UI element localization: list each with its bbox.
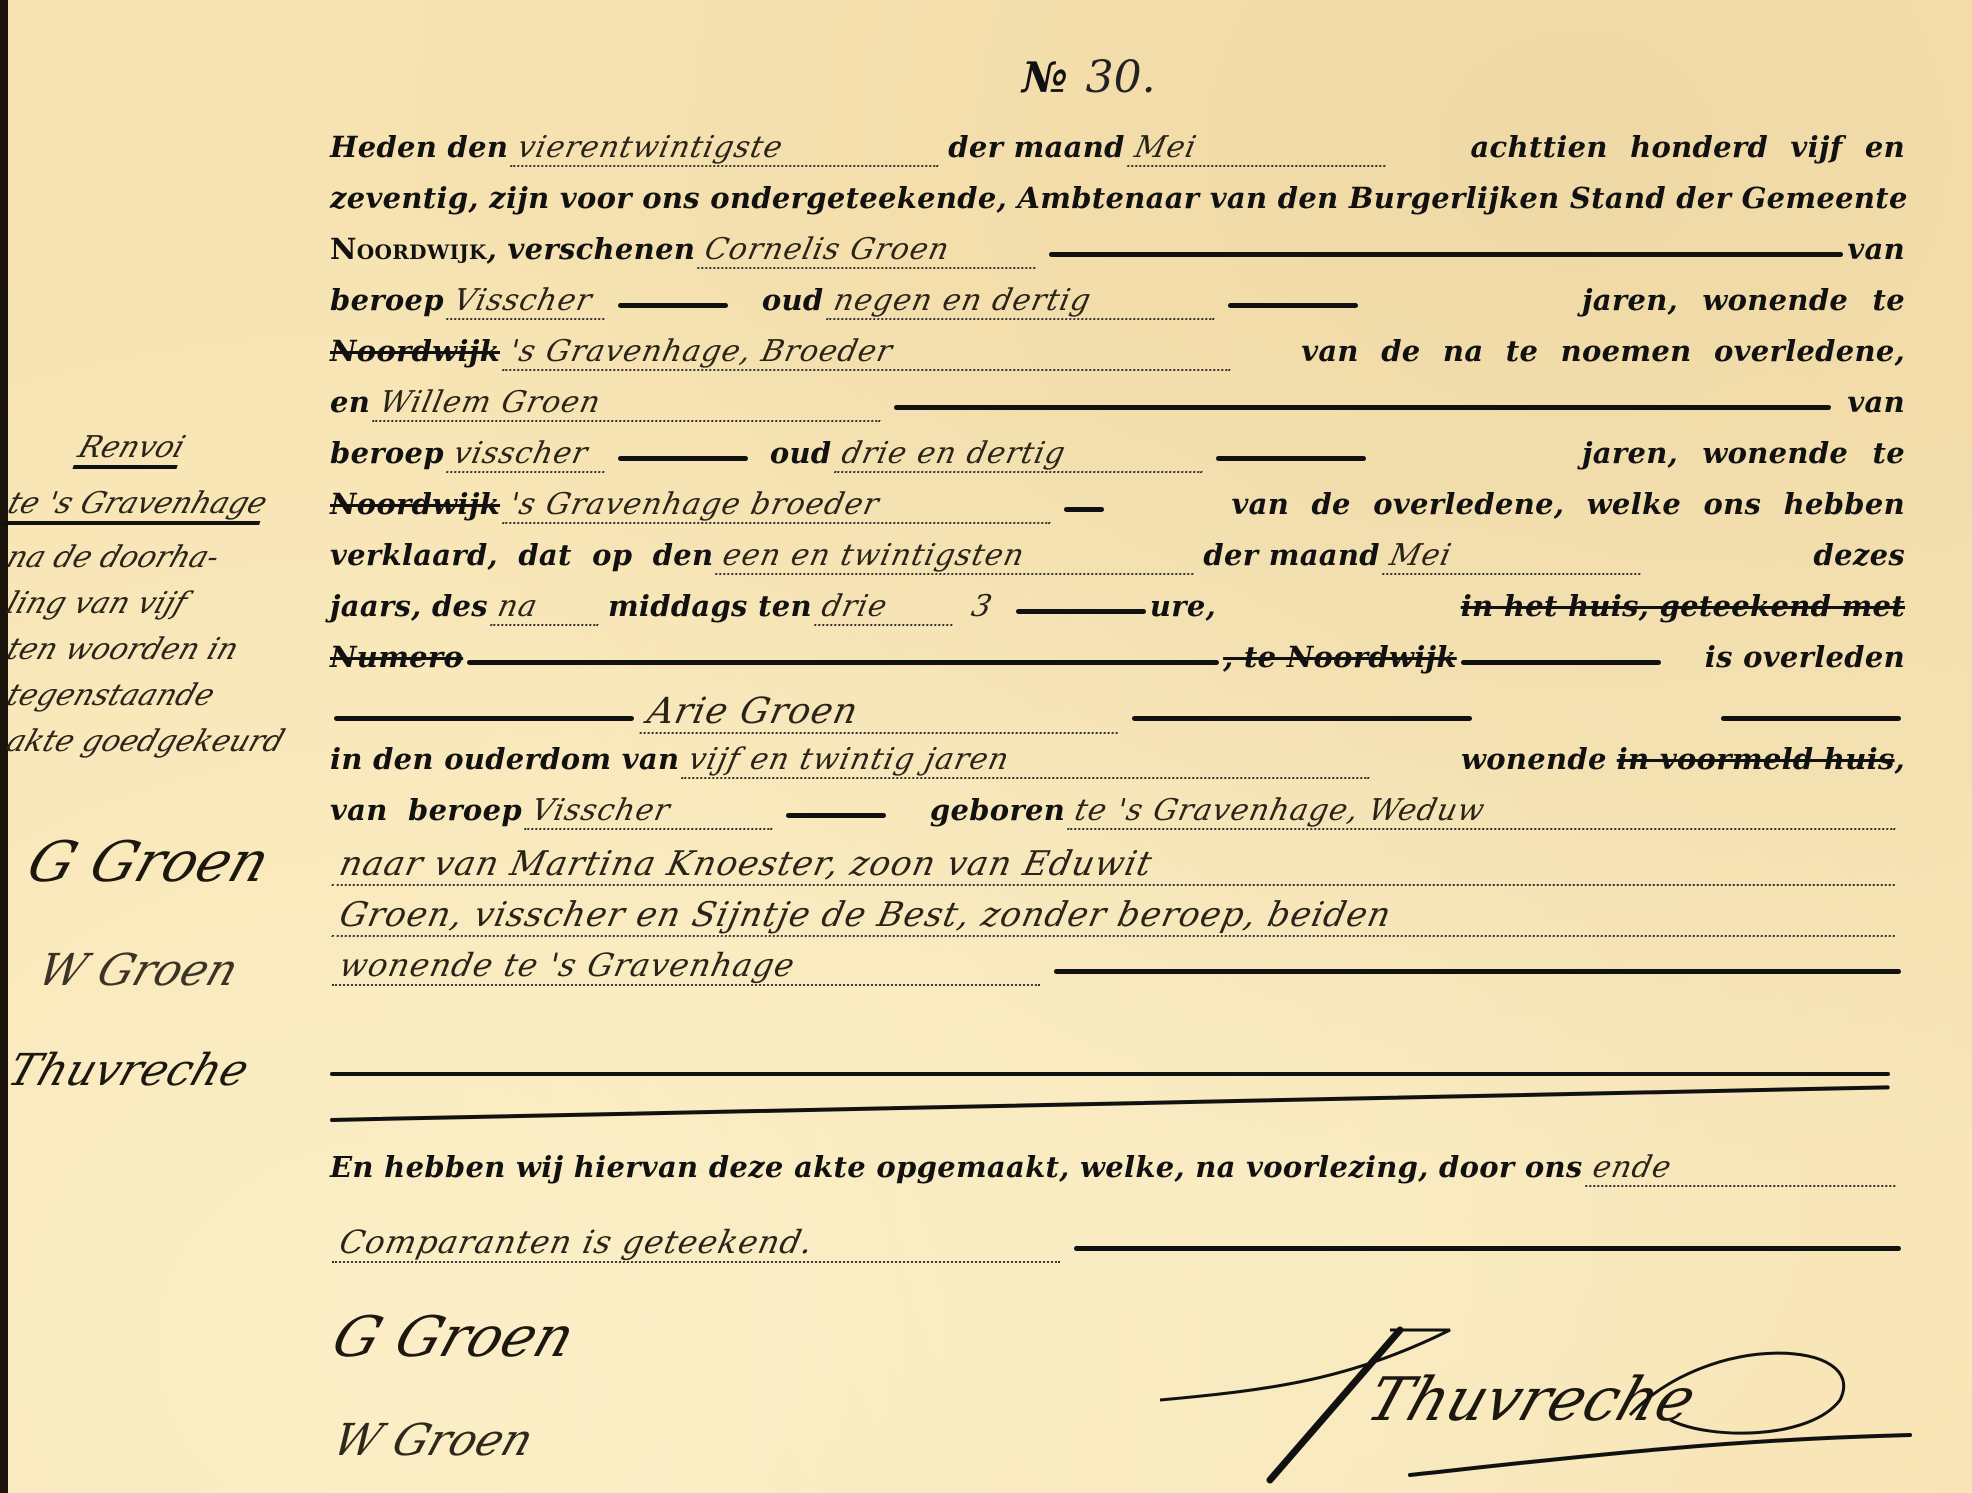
printed-text: , verschenen — [487, 232, 696, 266]
deceased-name-field: Arie Groen — [639, 691, 1126, 734]
death-hour-field: drie — [814, 589, 960, 626]
printed-text: jaars, des — [330, 589, 488, 623]
declarant1-residence-field: 's Gravenhage, Broeder — [502, 334, 1238, 371]
printed-text: beroep — [330, 436, 444, 470]
printed-text: beroep — [330, 283, 444, 317]
fill-dash — [1064, 507, 1104, 512]
fill-dash — [1054, 969, 1901, 974]
printed-text: ure, — [1150, 589, 1216, 623]
struck-printed-text: Noordwijk — [330, 487, 500, 521]
form-line-12: Arie Groen — [330, 691, 1905, 742]
printed-text: middags ten — [608, 589, 812, 623]
struck-printed-text: in voormeld huis — [1617, 742, 1895, 776]
fill-dash — [1228, 303, 1358, 308]
struck-printed-text: in het huis, geteekend met — [1461, 589, 1905, 623]
signature-statement-field: Comparanten is geteekend. — [332, 1223, 1069, 1263]
death-month-field: Mei — [1382, 538, 1648, 575]
fill-dash — [1074, 1246, 1901, 1251]
form-line-17: wonende te 's Gravenhage — [330, 946, 1905, 997]
fill-dash — [1461, 660, 1661, 665]
closing-line-2: Comparanten is geteekend. — [330, 1223, 1905, 1274]
fill-dash — [1016, 609, 1146, 614]
struck-printed-text: , te Noordwijk — [1223, 640, 1457, 674]
record-number: №30. — [1022, 52, 1156, 103]
form-line-7: beroep visscher oud drie en dertig jaren… — [330, 436, 1905, 487]
form-line-11: Numero , te Noordwijk is overleden — [330, 640, 1905, 691]
printed-text: wonende — [1461, 742, 1607, 776]
printed-text: achttien honderd vijf en — [1470, 130, 1905, 164]
declarant1-name-field: Cornelis Groen — [697, 232, 1043, 269]
form-line-8: Noordwijk 's Gravenhage broeder van de o… — [330, 487, 1905, 538]
margin-line: na de doorha- — [0, 540, 333, 586]
fill-dash — [786, 813, 886, 818]
declarant2-occupation-field: visscher — [446, 436, 612, 473]
form-line-4: beroep Visscher oud negen en dertig jare… — [330, 283, 1905, 334]
fill-dash — [894, 405, 1831, 410]
printed-text: , — [1895, 742, 1905, 776]
fill-dash — [467, 660, 1219, 665]
printed-text: der maand — [948, 130, 1124, 164]
fill-dash — [334, 716, 634, 721]
printed-text: zeventig, zijn voor ons ondergeteekende,… — [330, 181, 1908, 215]
margin-line: tegenstaande — [0, 678, 333, 724]
margin-line: akte goedgekeurd — [0, 724, 333, 770]
printed-text: is overleden — [1705, 640, 1905, 674]
form-line-15: naar van Martina Knoester, zoon van Eduw… — [330, 844, 1905, 895]
fill-dash — [1049, 252, 1843, 257]
printed-text: in den ouderdom van — [330, 742, 679, 776]
spouse-parents-field-1: naar van Martina Knoester, zoon van Eduw… — [332, 844, 1904, 886]
printed-text: En hebben wij hiervan deze akte opgemaak… — [330, 1150, 1583, 1184]
printed-text: van de overledene, welke ons hebben — [1231, 487, 1905, 521]
printed-text: jaren, wonende te — [1582, 283, 1905, 317]
signers-field: ende — [1585, 1150, 1903, 1187]
fill-dash — [1721, 716, 1901, 721]
form-line-2: zeventig, zijn voor ons ondergeteekende,… — [330, 181, 1905, 232]
birthplace-field: te 's Gravenhage, Weduw — [1067, 793, 1903, 830]
margin-annotation: Renvoi te 's Gravenhage na de doorha- li… — [6, 430, 326, 770]
declarant2-age-field: drie en dertig — [834, 436, 1210, 473]
margin-line: ling van vijf — [0, 586, 333, 632]
struck-printed-text: Numero — [330, 640, 463, 674]
declarant2-name-field: Willem Groen — [372, 385, 888, 422]
printed-text: verklaard, dat op den — [330, 538, 713, 572]
form-line-14: van beroep Visscher geboren te 's Graven… — [330, 793, 1905, 844]
form-line-5: Noordwijk 's Gravenhage, Broeder van de … — [330, 334, 1905, 385]
form-line-9: verklaard, dat op den een en twintigsten… — [330, 538, 1905, 589]
witness-signature-1: G Groen — [324, 1305, 582, 1370]
death-day-field: een en twintigsten — [715, 538, 1201, 575]
printed-text: dezes — [1814, 538, 1905, 572]
closing-line-1: En hebben wij hiervan deze akte opgemaak… — [330, 1150, 1905, 1201]
number-value: 30. — [1086, 52, 1156, 103]
printed-text: jaren, wonende te — [1582, 436, 1905, 470]
death-hour-numeral: 3 — [964, 589, 1009, 624]
struck-printed-text: Noordwijk — [330, 334, 500, 368]
form-line-3: Noordwijk , verschenen Cornelis Groen va… — [330, 232, 1905, 283]
month-field: Mei — [1127, 130, 1393, 167]
printed-text: van — [1847, 385, 1905, 419]
fill-dash — [618, 303, 728, 308]
form-line-10: jaars, des na middags ten drie 3 ure, in… — [330, 589, 1905, 640]
declarant2-residence-field: 's Gravenhage broeder — [502, 487, 1058, 524]
number-label: № — [1022, 53, 1068, 102]
margin-heading: Renvoi — [72, 430, 189, 469]
margin-signature-3: Thuvreche — [2, 1045, 256, 1096]
margin-signature-1: G Groen — [19, 830, 277, 895]
form-line-16: Groen, visscher en Sijntje de Best, zond… — [330, 895, 1905, 946]
margin-line: ten woorden in — [0, 632, 333, 678]
signature-flourish-icon — [1150, 1290, 1950, 1490]
death-record-form: Heden den vierentwintigste der maand Mei… — [330, 130, 1905, 997]
form-line-6: en Willem Groen van — [330, 385, 1905, 436]
witness-signature-2: W Groen — [327, 1415, 540, 1466]
printed-text: geboren — [930, 793, 1065, 827]
printed-text: Heden den — [330, 130, 508, 164]
fill-dash — [618, 456, 748, 461]
fill-dash — [1132, 716, 1472, 721]
closing-statement: En hebben wij hiervan deze akte opgemaak… — [330, 1150, 1905, 1274]
printed-text: oud — [770, 436, 832, 470]
day-field: vierentwintigste — [510, 130, 946, 167]
deceased-occupation-field: Visscher — [524, 793, 780, 830]
printed-text: van — [1847, 232, 1905, 266]
form-line-1: Heden den vierentwintigste der maand Mei… — [330, 130, 1905, 181]
margin-line: te 's Gravenhage — [2, 486, 272, 525]
spouse-parents-field-2: Groen, visscher en Sijntje de Best, zond… — [332, 895, 1904, 937]
form-line-13: in den ouderdom van vijf en twintig jare… — [330, 742, 1905, 793]
printed-text: van de na te noemen overledene, — [1301, 334, 1905, 368]
parents-residence-field: wonende te 's Gravenhage — [332, 946, 1049, 986]
printed-text: en — [330, 385, 370, 419]
closing-rule-slanted — [330, 1085, 1890, 1122]
printed-text: der maand — [1203, 538, 1379, 572]
municipality-text: Noordwijk — [330, 232, 487, 266]
fill-dash — [1216, 456, 1366, 461]
printed-text: oud — [762, 283, 824, 317]
deceased-age-field: vijf en twintig jaren — [681, 742, 1377, 779]
closing-rule — [330, 1072, 1890, 1076]
declarant1-occupation-field: Visscher — [446, 283, 612, 320]
part-of-day-field: na — [490, 589, 606, 626]
printed-text: van beroep — [330, 793, 522, 827]
declarant1-age-field: negen en dertig — [826, 283, 1222, 320]
margin-signature-2: W Groen — [32, 945, 245, 996]
